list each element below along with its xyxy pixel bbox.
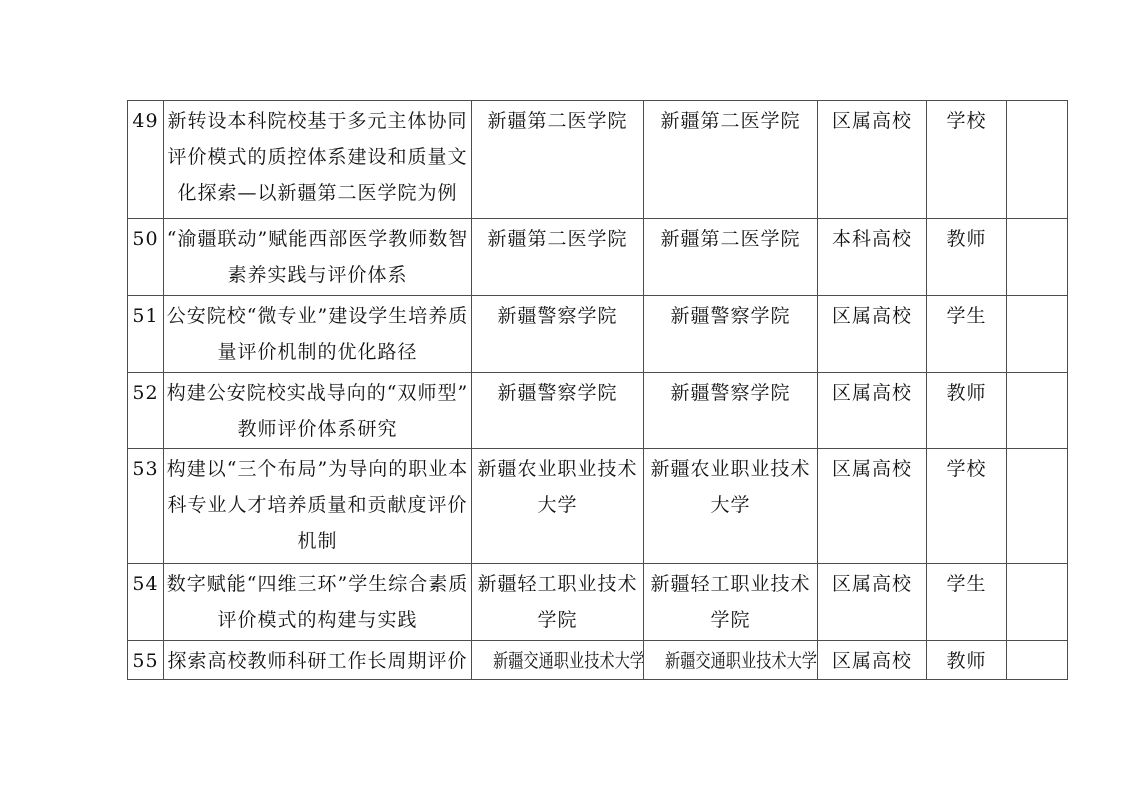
row-number-cell: 52	[128, 373, 164, 449]
target-cell: 教师	[927, 373, 1007, 449]
institution-1-cell: 新疆第二医学院	[472, 219, 644, 296]
institution-2-cell: 新疆警察学院	[644, 296, 818, 373]
target-cell: 学生	[927, 564, 1007, 641]
institution-1-text: 新疆交通职业技术大学	[493, 643, 643, 679]
institution-1-cell: 新疆警察学院	[472, 296, 644, 373]
projects-table: 49 新转设本科院校基于多元主体协同 评价模式的质控体系建设和质量文 化探索—以…	[127, 100, 1068, 680]
school-category-cell: 区属高校	[818, 641, 927, 680]
document-page: 49 新转设本科院校基于多元主体协同 评价模式的质控体系建设和质量文 化探索—以…	[0, 0, 1122, 793]
table-row: 49 新转设本科院校基于多元主体协同 评价模式的质控体系建设和质量文 化探索—以…	[128, 101, 1068, 219]
row-number-cell: 50	[128, 219, 164, 296]
institution-2-cell: 新疆农业职业技术 大学	[644, 449, 818, 564]
blank-cell	[1007, 449, 1068, 564]
school-category-cell: 区属高校	[818, 449, 927, 564]
target-cell: 教师	[927, 219, 1007, 296]
school-category-cell: 区属高校	[818, 373, 927, 449]
table-row: 50 “渝疆联动”赋能西部医学教师数智 素养实践与评价体系 新疆第二医学院 新疆…	[128, 219, 1068, 296]
target-cell: 学校	[927, 449, 1007, 564]
school-category-cell: 区属高校	[818, 296, 927, 373]
table-row: 52 构建公安院校实战导向的“双师型” 教师评价体系研究 新疆警察学院 新疆警察…	[128, 373, 1068, 449]
project-title-cell: 公安院校“微专业”建设学生培养质 量评价机制的优化路径	[164, 296, 472, 373]
institution-1-cell: 新疆交通职业技术大学	[472, 641, 644, 680]
institution-2-cell: 新疆警察学院	[644, 373, 818, 449]
institution-2-text: 新疆交通职业技术大学	[665, 643, 817, 679]
school-category-cell: 本科高校	[818, 219, 927, 296]
institution-1-cell: 新疆轻工职业技术 学院	[472, 564, 644, 641]
row-number-cell: 51	[128, 296, 164, 373]
school-category-cell: 区属高校	[818, 101, 927, 219]
row-number-cell: 54	[128, 564, 164, 641]
project-title-cell: 探索高校教师科研工作长周期评价	[164, 641, 472, 680]
project-title-cell: “渝疆联动”赋能西部医学教师数智 素养实践与评价体系	[164, 219, 472, 296]
table-row: 55 探索高校教师科研工作长周期评价 新疆交通职业技术大学 新疆交通职业技术大学…	[128, 641, 1068, 680]
project-title-cell: 数字赋能“四维三环”学生综合素质 评价模式的构建与实践	[164, 564, 472, 641]
institution-2-cell: 新疆第二医学院	[644, 101, 818, 219]
blank-cell	[1007, 641, 1068, 680]
blank-cell	[1007, 219, 1068, 296]
institution-1-cell: 新疆农业职业技术 大学	[472, 449, 644, 564]
row-number-cell: 49	[128, 101, 164, 219]
blank-cell	[1007, 373, 1068, 449]
project-title-cell: 构建以“三个布局”为导向的职业本 科专业人才培养质量和贡献度评价 机制	[164, 449, 472, 564]
table-row: 51 公安院校“微专业”建设学生培养质 量评价机制的优化路径 新疆警察学院 新疆…	[128, 296, 1068, 373]
target-cell: 教师	[927, 641, 1007, 680]
blank-cell	[1007, 101, 1068, 219]
project-title-cell: 构建公安院校实战导向的“双师型” 教师评价体系研究	[164, 373, 472, 449]
institution-1-cell: 新疆警察学院	[472, 373, 644, 449]
row-number-cell: 53	[128, 449, 164, 564]
row-number-cell: 55	[128, 641, 164, 680]
school-category-cell: 区属高校	[818, 564, 927, 641]
institution-2-cell: 新疆交通职业技术大学	[644, 641, 818, 680]
institution-2-cell: 新疆轻工职业技术 学院	[644, 564, 818, 641]
target-cell: 学校	[927, 101, 1007, 219]
blank-cell	[1007, 564, 1068, 641]
institution-1-cell: 新疆第二医学院	[472, 101, 644, 219]
institution-2-cell: 新疆第二医学院	[644, 219, 818, 296]
table-row: 53 构建以“三个布局”为导向的职业本 科专业人才培养质量和贡献度评价 机制 新…	[128, 449, 1068, 564]
table-row: 54 数字赋能“四维三环”学生综合素质 评价模式的构建与实践 新疆轻工职业技术 …	[128, 564, 1068, 641]
blank-cell	[1007, 296, 1068, 373]
project-title-cell: 新转设本科院校基于多元主体协同 评价模式的质控体系建设和质量文 化探索—以新疆第…	[164, 101, 472, 219]
target-cell: 学生	[927, 296, 1007, 373]
